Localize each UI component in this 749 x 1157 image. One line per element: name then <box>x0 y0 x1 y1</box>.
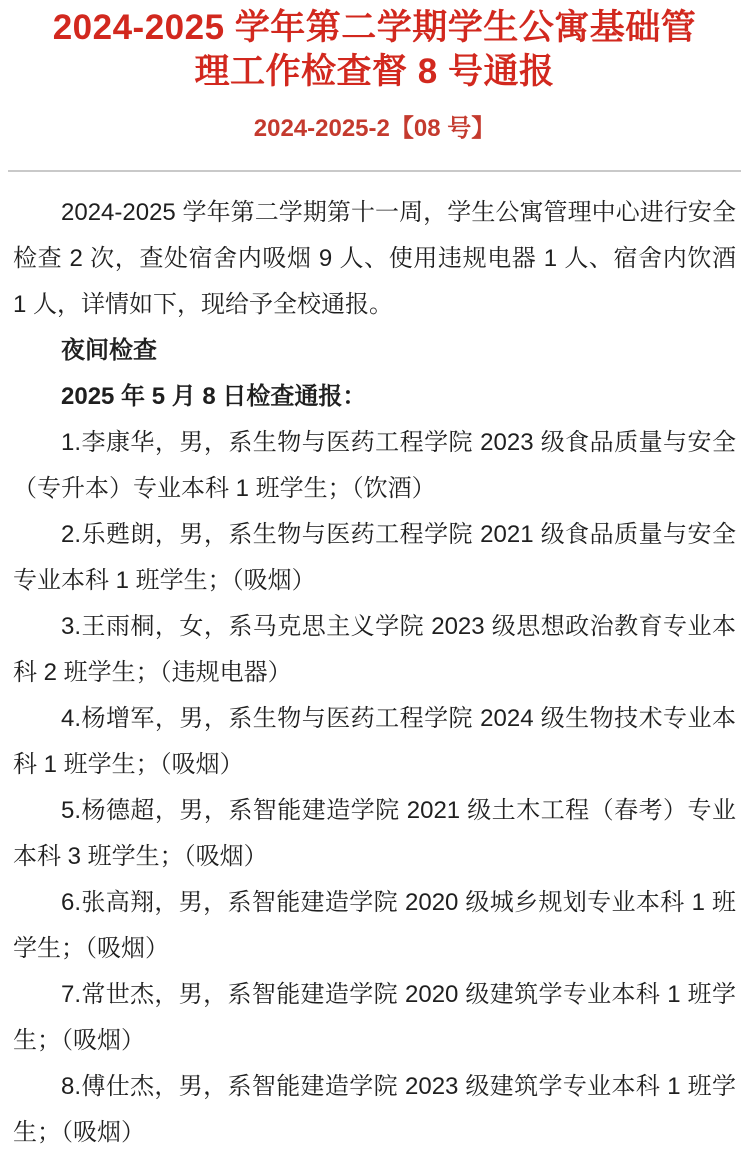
violation-item: 6.张高翔，男，系智能建造学院 2020 级城乡规划专业本科 1 班学生；（吸烟… <box>13 880 736 972</box>
intro-paragraph: 2024-2025 学年第二学期第十一周，学生公寓管理中心进行安全检查 2 次，… <box>13 190 736 328</box>
violation-item: 8.傅仕杰，男，系智能建造学院 2023 级建筑学专业本科 1 班学生；（吸烟） <box>13 1064 736 1156</box>
section-heading-night-inspection: 夜间检查 <box>13 328 736 374</box>
violation-item: 5.杨德超，男，系智能建造学院 2021 级土木工程（春考）专业本科 3 班学生… <box>13 788 736 880</box>
violation-item: 1.李康华，男，系生物与医药工程学院 2023 级食品质量与安全（专升本）专业本… <box>13 420 736 512</box>
violation-item: 7.常世杰，男，系智能建造学院 2020 级建筑学专业本科 1 班学生；（吸烟） <box>13 972 736 1064</box>
notice-document: 2024-2025 学年第二学期学生公寓基础管 理工作检查督 8 号通报 202… <box>0 0 749 1157</box>
notice-title-line-2: 理工作检查督 8 号通报 <box>0 50 749 94</box>
notice-title: 2024-2025 学年第二学期学生公寓基础管 理工作检查督 8 号通报 <box>0 0 749 94</box>
violation-item: 3.王雨桐，女，系马克思主义学院 2023 级思想政治教育专业本科 2 班学生；… <box>13 604 736 696</box>
violation-item: 4.杨增军，男，系生物与医药工程学院 2024 级生物技术专业本科 1 班学生；… <box>13 696 736 788</box>
doc-number: 2024-2025-2【08 号】 <box>0 114 749 144</box>
notice-title-line-1: 2024-2025 学年第二学期学生公寓基础管 <box>0 6 749 50</box>
date-heading: 2025 年 5 月 8 日检查通报： <box>13 374 736 420</box>
notice-body: 2024-2025 学年第二学期第十一周，学生公寓管理中心进行安全检查 2 次，… <box>0 172 749 1156</box>
violation-item: 2.乐甦朗，男，系生物与医药工程学院 2021 级食品质量与安全专业本科 1 班… <box>13 512 736 604</box>
